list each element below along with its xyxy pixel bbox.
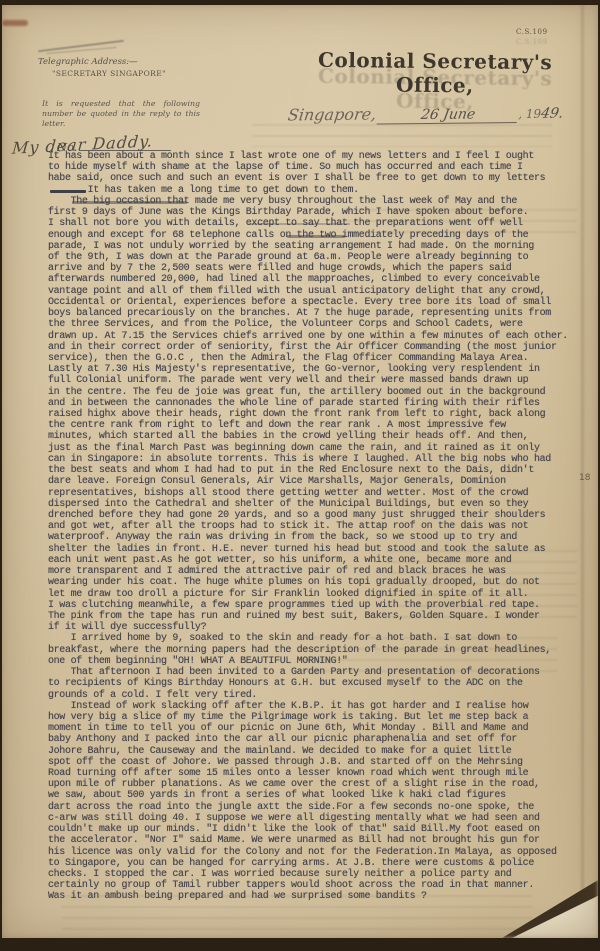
telegraphic-address-value: "SECRETARY SINGAPORE" [52, 69, 166, 78]
ink-strikethrough [248, 223, 350, 225]
ink-strikethrough [287, 235, 345, 238]
place-name: Singapore, [287, 105, 378, 125]
letter-body: It has been about a month since I last w… [48, 151, 576, 903]
margin-page-number: 18 [579, 473, 590, 483]
form-number-ghost: C.S.109 [516, 38, 548, 46]
pencil-scribble [38, 40, 124, 52]
office-title: Colonial Secretary's Office, [280, 47, 590, 98]
printed-year-prefix: , 19 [518, 107, 541, 121]
quote-number-note: It is requested that the following numbe… [42, 99, 200, 129]
handwritten-year: 49. [540, 106, 565, 122]
ink-bleedthrough [252, 124, 552, 147]
form-number: C.S.109 [516, 28, 548, 36]
handwritten-date: 26 June [377, 106, 520, 124]
paper-crease [581, 5, 584, 938]
telegraphic-address-block: Telegraphic Address:— "SECRETARY SINGAPO… [38, 57, 166, 78]
letter-paper: C.S.109 C.S.109 Telegraphic Address:— "S… [2, 5, 598, 938]
scanned-letter: C.S.109 C.S.109 Telegraphic Address:— "S… [0, 0, 600, 951]
ink-strikethrough [50, 190, 86, 193]
ink-strikethrough [72, 201, 187, 204]
red-ink-smudge [2, 20, 28, 26]
telegraphic-address-label: Telegraphic Address:— [38, 57, 166, 67]
date-line: Singapore,26 June, 1949. [288, 103, 564, 126]
